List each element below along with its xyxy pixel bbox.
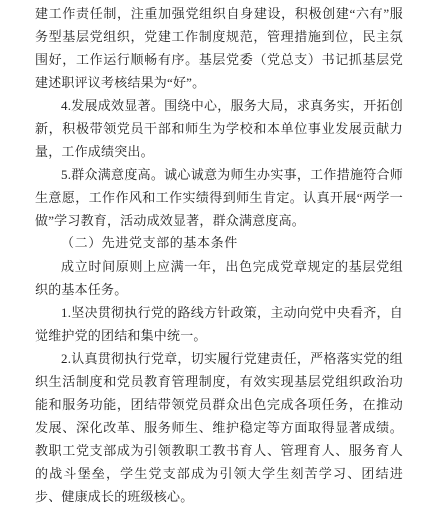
paragraph-item-4: 4.发展成效显著。围绕中心，服务大局，求真务实，开拓创新，积极带领党员干部和师生… <box>35 94 403 163</box>
paragraph-intro: 成立时间原则上应满一年，出色完成党章规定的基层党组织的基本任务。 <box>35 255 403 301</box>
paragraph-item-1: 1.坚决贯彻执行党的路线方针政策，主动向党中央看齐，自觉维护党的团结和集中统一。 <box>35 301 403 347</box>
paragraph-item-5: 5.群众满意度高。诚心诚意为师生办实事，工作措施符合师生意愿，工作作风和工作实绩… <box>35 163 403 232</box>
document-page: 建工作责任制，注重加强党组织自身建设，积极创建“六有”服务型基层党组织，党建工作… <box>0 0 439 510</box>
paragraph-continuation: 建工作责任制，注重加强党组织自身建设，积极创建“六有”服务型基层党组织，党建工作… <box>35 2 403 94</box>
paragraph-item-2: 2.认真贯彻执行党章，切实履行党建责任，严格落实党的组织生活制度和党员教育管理制… <box>35 347 403 508</box>
section-heading: （二）先进党支部的基本条件 <box>35 232 403 255</box>
text-column: 建工作责任制，注重加强党组织自身建设，积极创建“六有”服务型基层党组织，党建工作… <box>35 2 403 508</box>
